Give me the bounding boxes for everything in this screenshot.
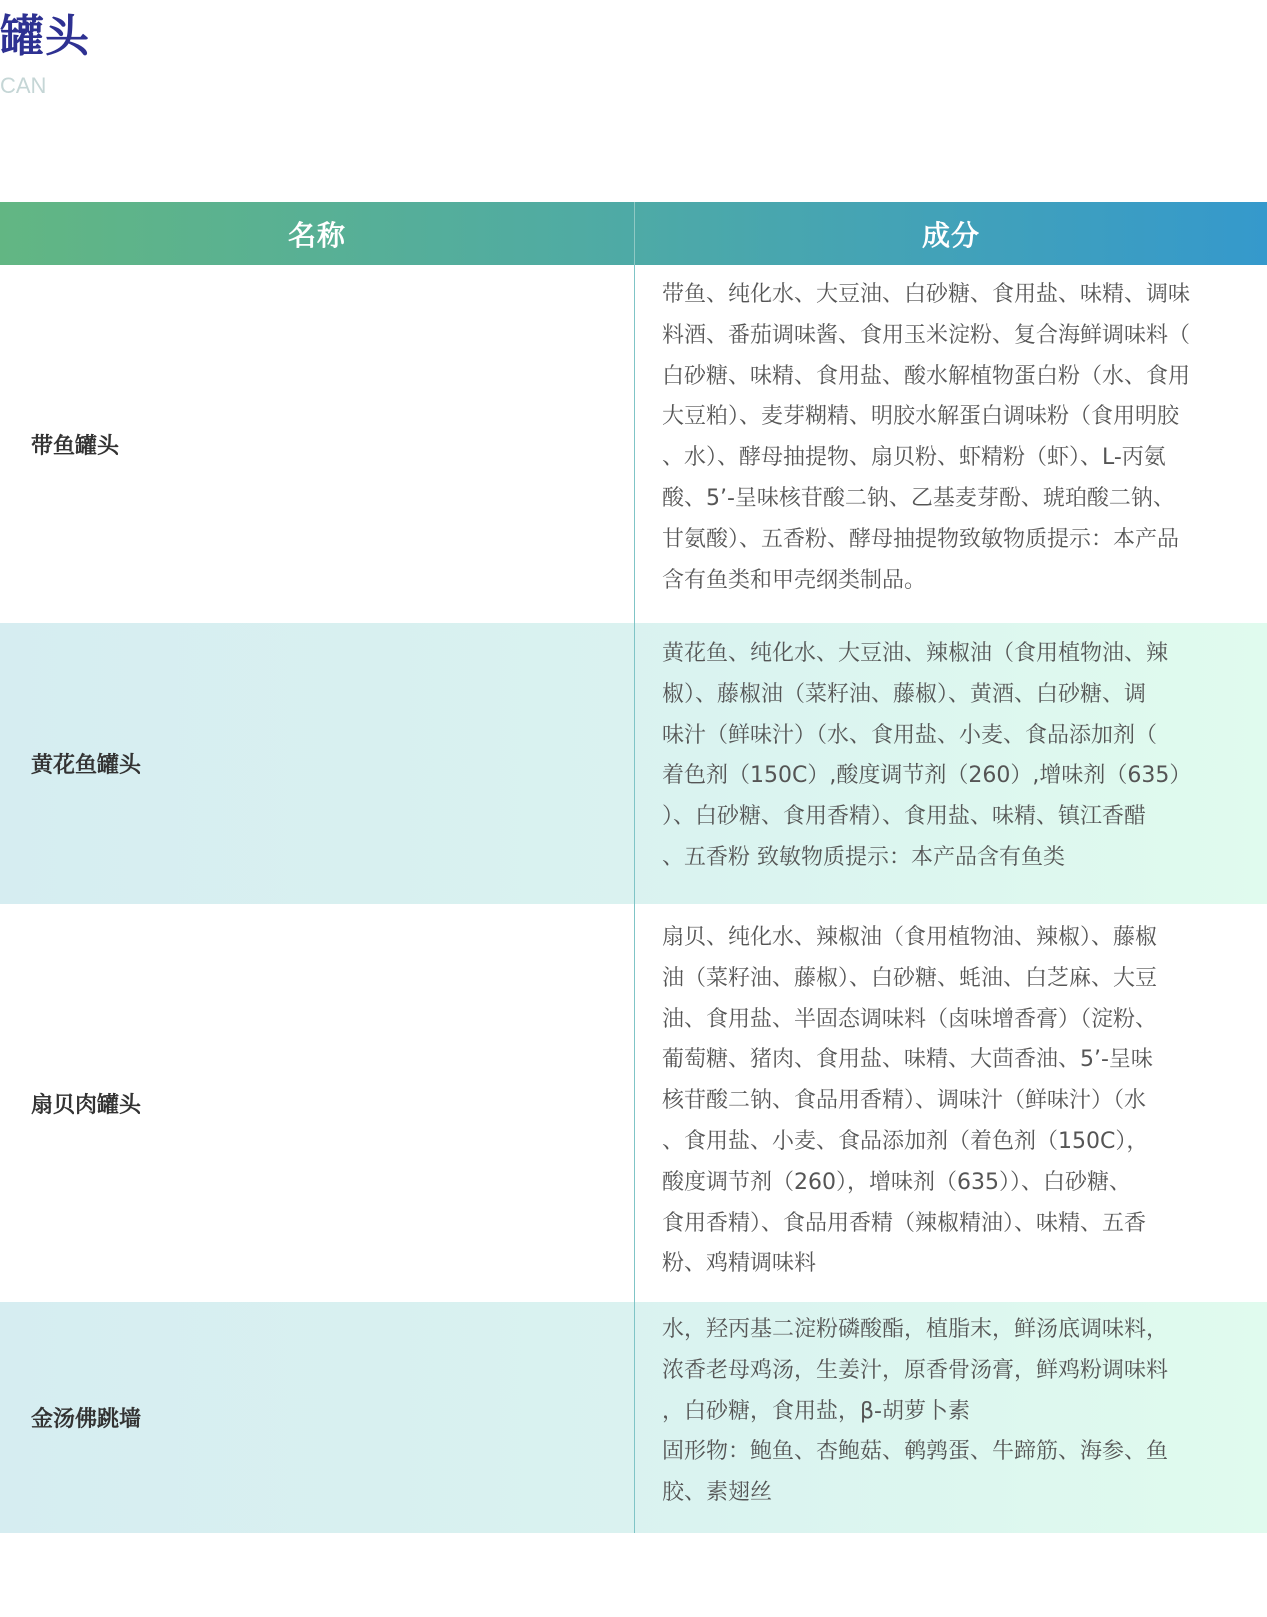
- product-name: 金汤佛跳墙: [0, 1302, 634, 1533]
- ingredient-line: 固形物：鲍鱼、杏鲍菇、鹌鹑蛋、牛蹄筋、海参、鱼: [662, 1432, 1209, 1473]
- ingredient-line: 椒）、藤椒油（菜籽油、藤椒）、黄酒、白砂糖、调: [662, 675, 1209, 716]
- ingredient-line: 酸、5’-呈味核苷酸二钠、乙基麦芽酚、琥珀酸二钠、: [662, 479, 1209, 520]
- ingredient-line: ，白砂糖，食用盐，β-胡萝卜素: [662, 1392, 1209, 1433]
- ingredient-line: 、五香粉 致敏物质提示：本产品含有鱼类: [662, 838, 1209, 879]
- product-ingredients: 水，羟丙基二淀粉磷酸酯，植脂末，鲜汤底调味料， 浓香老母鸡汤，生姜汁，原香骨汤膏…: [634, 1302, 1267, 1533]
- table-header: 名称 成分: [0, 202, 1267, 265]
- table-row: 金汤佛跳墙 水，羟丙基二淀粉磷酸酯，植脂末，鲜汤底调味料， 浓香老母鸡汤，生姜汁…: [0, 1302, 1267, 1533]
- page-subtitle: CAN: [0, 72, 46, 100]
- product-name: 带鱼罐头: [0, 265, 634, 623]
- table-row: 扇贝肉罐头 扇贝、纯化水、辣椒油（食用植物油、辣椒）、藤椒 油（菜籽油、藤椒）、…: [0, 904, 1267, 1302]
- ingredient-line: 含有鱼类和甲壳纲类制品。: [662, 561, 1209, 602]
- ingredients-table: 名称 成分 带鱼罐头 带鱼、纯化水、大豆油、白砂糖、食用盐、味精、调味 料酒、番…: [0, 202, 1267, 1533]
- ingredient-line: 黄花鱼、纯化水、大豆油、辣椒油（食用植物油、辣: [662, 634, 1209, 675]
- ingredient-line: 粉、鸡精调味料: [662, 1244, 1209, 1285]
- product-name: 黄花鱼罐头: [0, 623, 634, 904]
- ingredient-line: 油（菜籽油、藤椒）、白砂糖、蚝油、白芝麻、大豆: [662, 959, 1209, 1000]
- page: 罐头 CAN 名称 成分 带鱼罐头 带鱼、纯化水、大豆油、白砂糖、食用盐、味精、…: [0, 0, 1267, 1617]
- ingredient-line: 甘氨酸）、五香粉、酵母抽提物致敏物质提示：本产品: [662, 520, 1209, 561]
- table-row: 带鱼罐头 带鱼、纯化水、大豆油、白砂糖、食用盐、味精、调味 料酒、番茄调味酱、食…: [0, 265, 1267, 623]
- ingredient-line: 带鱼、纯化水、大豆油、白砂糖、食用盐、味精、调味: [662, 275, 1209, 316]
- ingredient-line: 、食用盐、小麦、食品添加剂（着色剂（150C），: [662, 1122, 1209, 1163]
- ingredient-line: 料酒、番茄调味酱、食用玉米淀粉、复合海鲜调味料（: [662, 316, 1209, 357]
- ingredient-line: 浓香老母鸡汤，生姜汁，原香骨汤膏，鲜鸡粉调味料: [662, 1351, 1209, 1392]
- ingredient-line: 着色剂（150C）,酸度调节剂（260）,增味剂（635）: [662, 756, 1209, 797]
- ingredient-line: 大豆粕）、麦芽糊精、明胶水解蛋白调味粉（食用明胶: [662, 397, 1209, 438]
- ingredient-line: 食用香精）、食品用香精（辣椒精油）、味精、五香: [662, 1204, 1209, 1245]
- ingredient-line: 、水）、酵母抽提物、扇贝粉、虾精粉（虾）、L-丙氨: [662, 438, 1209, 479]
- column-header-name: 名称: [0, 202, 634, 265]
- ingredient-line: 味汁（鲜味汁）（水、食用盐、小麦、食品添加剂（: [662, 716, 1209, 757]
- ingredient-line: 核苷酸二钠、食品用香精）、调味汁（鲜味汁）（水: [662, 1081, 1209, 1122]
- ingredient-line: 扇贝、纯化水、辣椒油（食用植物油、辣椒）、藤椒: [662, 918, 1209, 959]
- ingredient-line: 水，羟丙基二淀粉磷酸酯，植脂末，鲜汤底调味料，: [662, 1310, 1209, 1351]
- product-ingredients: 黄花鱼、纯化水、大豆油、辣椒油（食用植物油、辣 椒）、藤椒油（菜籽油、藤椒）、黄…: [634, 623, 1267, 904]
- page-title: 罐头: [0, 10, 90, 64]
- column-header-ingredients: 成分: [634, 202, 1267, 265]
- product-ingredients: 带鱼、纯化水、大豆油、白砂糖、食用盐、味精、调味 料酒、番茄调味酱、食用玉米淀粉…: [634, 265, 1267, 623]
- product-ingredients: 扇贝、纯化水、辣椒油（食用植物油、辣椒）、藤椒 油（菜籽油、藤椒）、白砂糖、蚝油…: [634, 904, 1267, 1302]
- ingredient-line: 白砂糖、味精、食用盐、酸水解植物蛋白粉（水、食用: [662, 357, 1209, 398]
- ingredient-line: ）、白砂糖、食用香精）、食用盐、味精、镇江香醋: [662, 797, 1209, 838]
- ingredient-line: 酸度调节剂（260），增味剂（635））、白砂糖、: [662, 1163, 1209, 1204]
- ingredient-line: 油、食用盐、半固态调味料（卤味增香膏）（淀粉、: [662, 1000, 1209, 1041]
- ingredient-line: 胶、素翅丝: [662, 1473, 1209, 1514]
- table-row: 黄花鱼罐头 黄花鱼、纯化水、大豆油、辣椒油（食用植物油、辣 椒）、藤椒油（菜籽油…: [0, 623, 1267, 904]
- product-name: 扇贝肉罐头: [0, 904, 634, 1302]
- ingredient-line: 葡萄糖、猪肉、食用盐、味精、大茴香油、5’-呈味: [662, 1040, 1209, 1081]
